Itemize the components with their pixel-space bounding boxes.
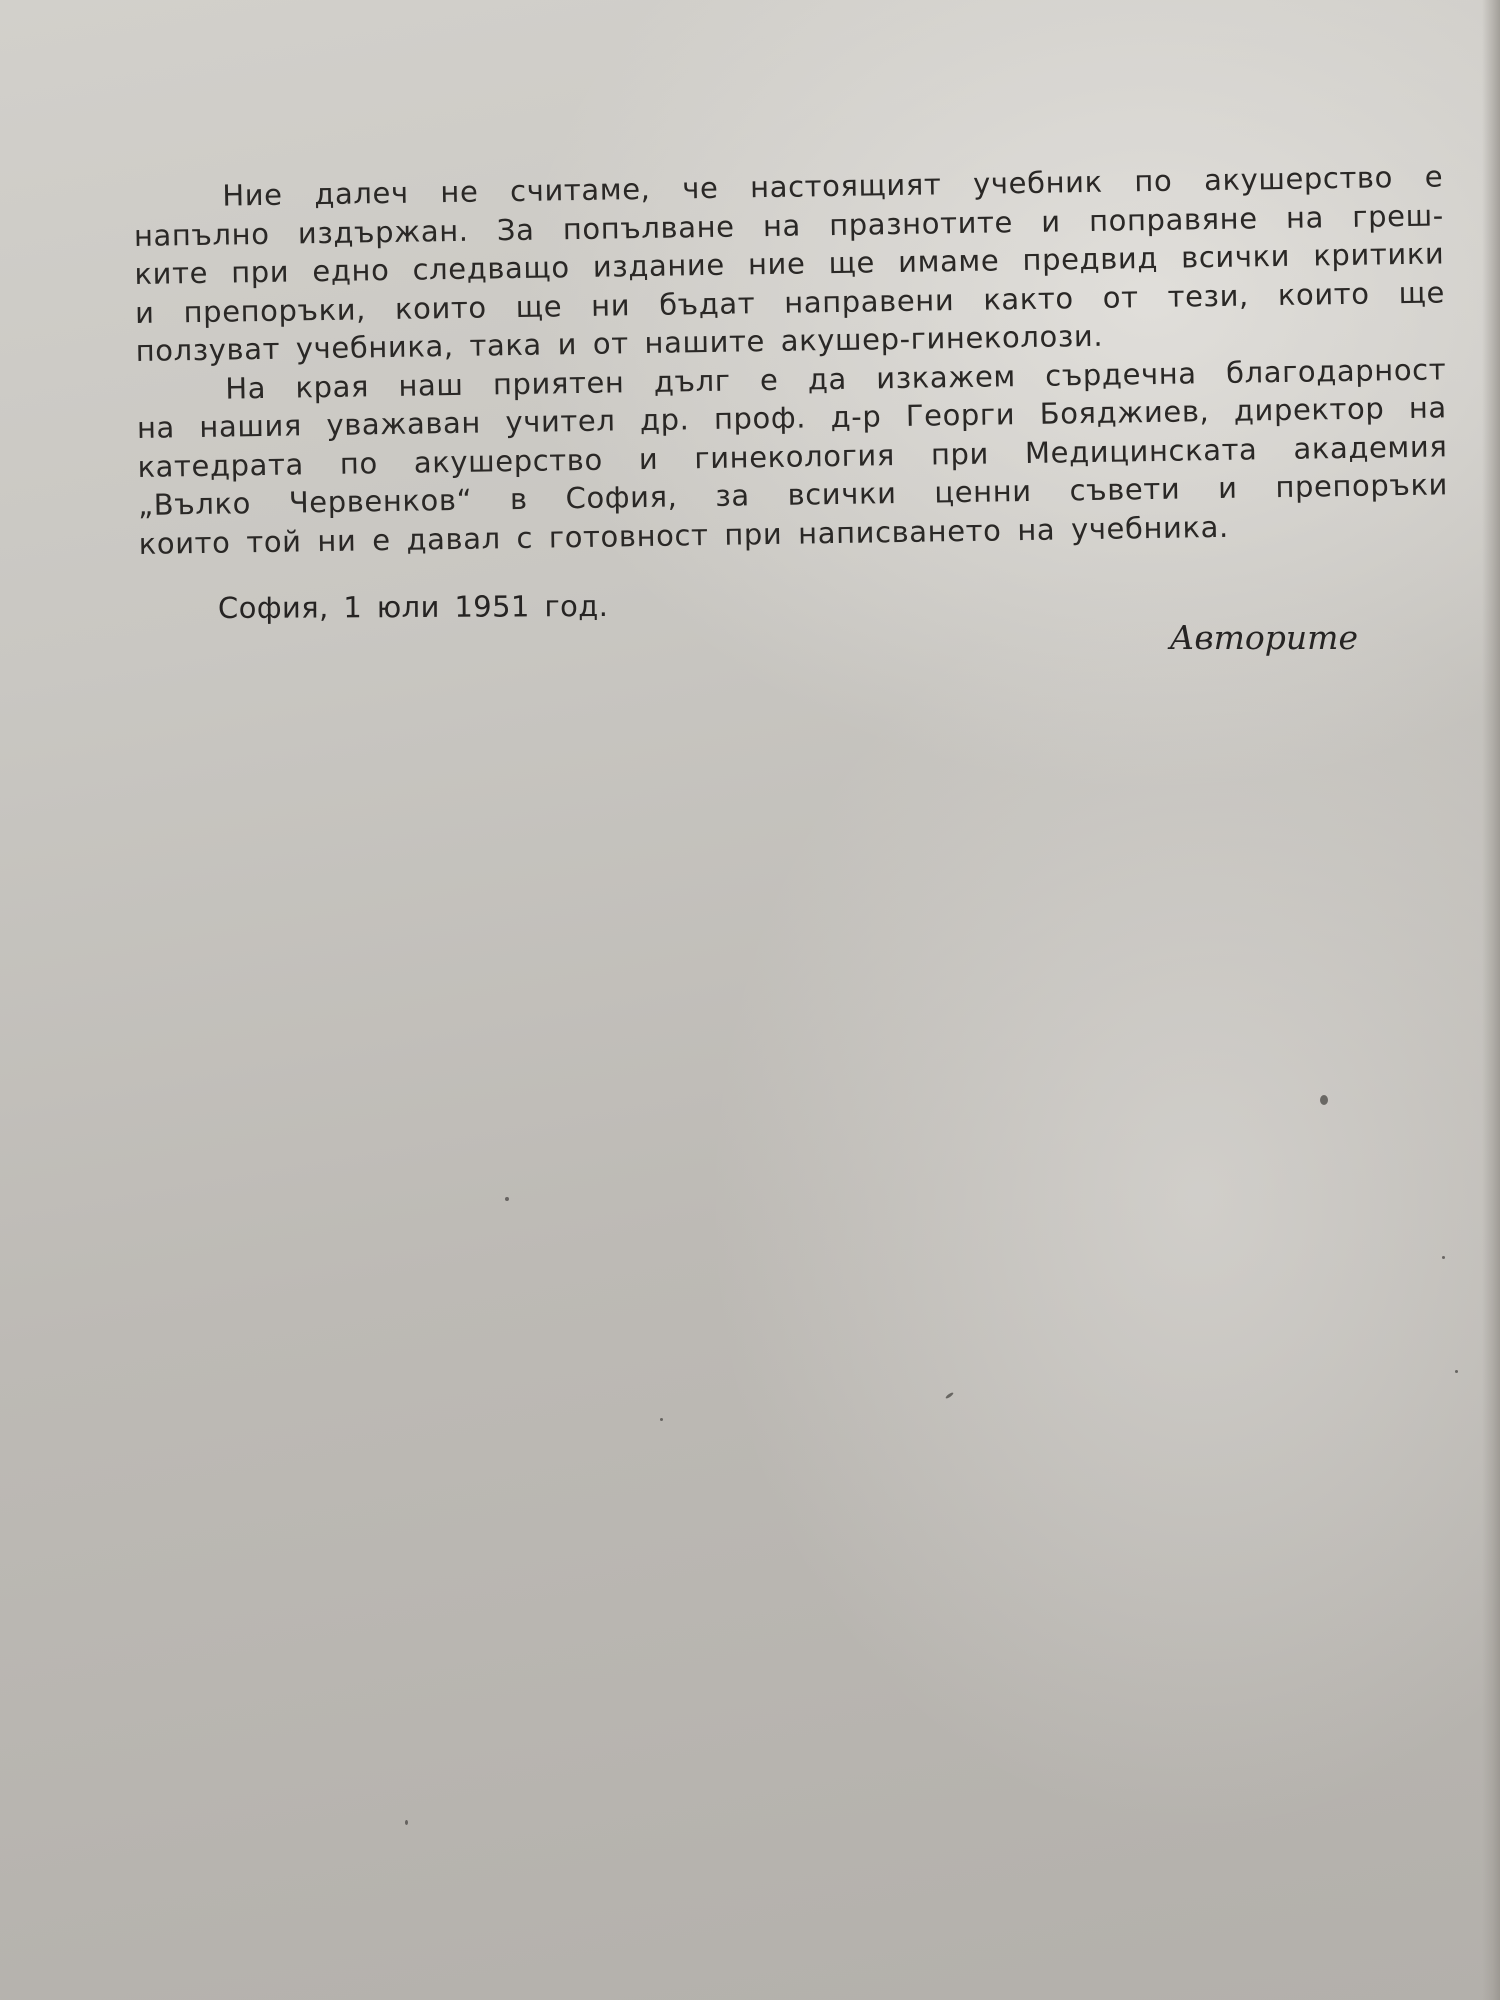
paper-speck (945, 1392, 954, 1400)
paper-speck (1320, 1095, 1328, 1105)
paper-speck (660, 1418, 663, 1421)
page-edge (1482, 0, 1500, 2000)
paper-speck (1455, 1370, 1458, 1373)
paper-speck (405, 1820, 408, 1825)
paper-speck (505, 1197, 509, 1201)
paragraph-1: Ние далеч не считаме, че настоящият учеб… (133, 157, 1446, 370)
paragraph-2: На края наш приятен дълг е да изкажем съ… (136, 350, 1449, 563)
place-date: София, 1 юли 1951 год. (218, 589, 608, 625)
closing: София, 1 юли 1951 год. Авторите (218, 590, 1358, 650)
body-text: Ние далеч не считаме, че настоящият учеб… (133, 157, 1449, 563)
paper-speck (1442, 1256, 1445, 1259)
signature: Авторите (1169, 618, 1358, 657)
